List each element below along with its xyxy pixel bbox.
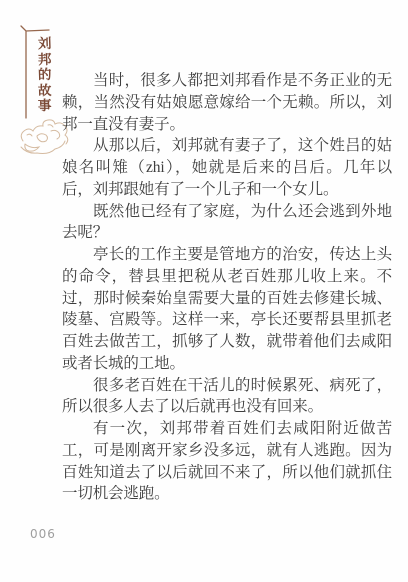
paragraph: 既然他已经有了家庭，为什么还会逃到外地去呢？: [62, 201, 392, 245]
paragraph: 亭长的工作主要是管地方的治安，传达上头的命令，替县里把税从老百姓那儿收上来。不过…: [62, 244, 392, 375]
book-title-vertical: 刘 邦 的 故 事: [35, 37, 55, 113]
book-page: 刘 邦 的 故 事 当时，很多人都把刘邦看作是不务正业的无赖，当然没有姑娘愿意嫁…: [0, 0, 408, 582]
title-char: 故: [38, 83, 52, 97]
paragraph: 从那以后，刘邦就有妻子了，这个姓吕的姑娘名叫雉（zhi），她就是后来的吕后。几年…: [62, 135, 392, 200]
paragraph: 很多老百姓在干活儿的时候累死、病死了，所以很多人去了以后就再也没有回来。: [62, 375, 392, 419]
story-text: 当时，很多人都把刘邦看作是不务正业的无赖，当然没有姑娘愿意嫁给一个无赖。所以，刘…: [62, 70, 392, 505]
book-title-block: 刘 邦 的 故 事: [18, 24, 64, 124]
page-number: 006: [30, 527, 56, 541]
title-char: 刘: [38, 37, 52, 51]
paragraph: 当时，很多人都把刘邦看作是不务正业的无赖，当然没有姑娘愿意嫁给一个无赖。所以，刘…: [62, 70, 392, 135]
title-char: 的: [38, 68, 52, 82]
title-char: 邦: [38, 52, 52, 66]
paragraph: 有一次，刘邦带着百姓们去咸阳附近做苦工，可是刚离开家乡没多远，就有人逃跑。因为百…: [62, 418, 392, 505]
